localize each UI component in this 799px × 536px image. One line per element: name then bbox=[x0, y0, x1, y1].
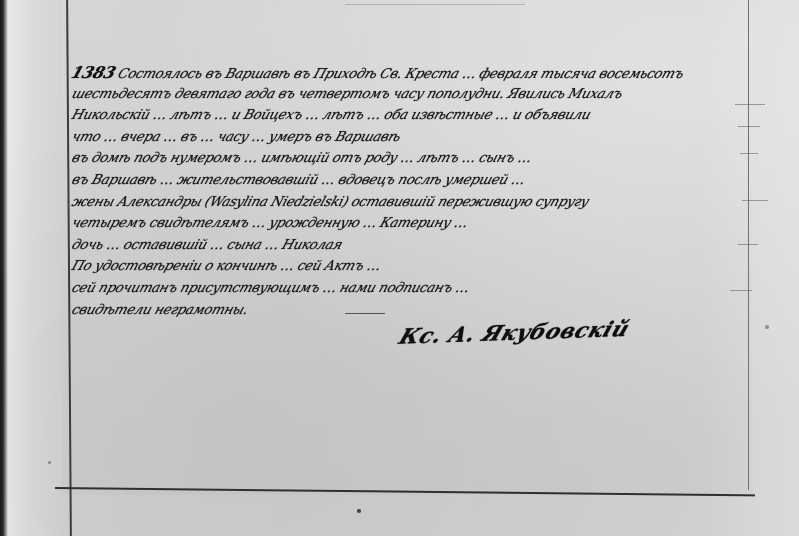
entry-line-text: сей прочитанъ присутствующимъ … нами под… bbox=[70, 280, 472, 296]
entry-line-8: четыремъ свидѣтелямъ … урожденную … Кате… bbox=[68, 213, 751, 235]
record-number: 1383 bbox=[69, 63, 118, 82]
entry-line-text: По удостовѣреніи о кончинѣ … сей Актъ … bbox=[70, 258, 383, 274]
scan-speck bbox=[357, 509, 361, 513]
entry-line-text: шестьдесятъ девятаго года въ четвертомъ … bbox=[70, 86, 625, 102]
entry-line-7: жены Александры (Wasylina Niedzielski) о… bbox=[68, 192, 751, 214]
entry-line-5: въ домѣ подъ нумеромъ … имѣющій отъ роду… bbox=[68, 148, 751, 170]
register-entry-text: 1383 Состоялось въ Варшавѣ въ Приходѣ Св… bbox=[72, 62, 748, 321]
faint-top-rule bbox=[345, 4, 525, 5]
entry-line-10: По удостовѣреніи о кончинѣ … сей Актъ … bbox=[68, 256, 751, 278]
entry-line-3: Никольскій … лѣтъ … и Войцехъ … лѣтъ … о… bbox=[68, 105, 751, 127]
entry-line-text: свидѣтели неграмотны. bbox=[70, 302, 250, 318]
entry-line-2: шестьдесятъ девятаго года въ четвертомъ … bbox=[68, 84, 751, 106]
entry-line-1: 1383 Состоялось въ Варшавѣ въ Приходѣ Св… bbox=[68, 62, 751, 84]
entry-line-6: въ Варшавѣ … жительствовавшій … вдовецъ … bbox=[68, 170, 751, 192]
entry-line-4: что … вчера … въ … часу … умеръ въ Варша… bbox=[68, 127, 751, 149]
scan-speck bbox=[48, 461, 51, 464]
entry-line-text: жены Александры (Wasylina Niedzielski) о… bbox=[70, 194, 591, 210]
line-end-dash bbox=[345, 313, 385, 314]
entry-line-text: четыремъ свидѣтелямъ … урожденную … Кате… bbox=[70, 215, 470, 231]
line-end-flourish bbox=[738, 244, 758, 245]
entry-line-text: Состоялось въ Варшавѣ въ Приходѣ Св. Кре… bbox=[116, 66, 686, 82]
line-end-flourish bbox=[738, 126, 760, 127]
line-end-flourish bbox=[730, 290, 752, 291]
scan-speck bbox=[765, 325, 769, 329]
entry-line-text: въ домѣ подъ нумеромъ … имѣющій отъ роду… bbox=[70, 150, 534, 166]
entry-line-11: сей прочитанъ присутствующимъ … нами под… bbox=[68, 278, 751, 300]
entry-line-text: въ Варшавѣ … жительствовавшій … вдовецъ … bbox=[70, 172, 528, 188]
entry-line-text: дочь … оставившій … сына … Николая bbox=[70, 237, 345, 253]
line-end-flourish bbox=[742, 200, 768, 201]
entry-line-9: дочь … оставившій … сына … Николая bbox=[68, 235, 751, 257]
entry-line-text: Никольскій … лѣтъ … и Войцехъ … лѣтъ … о… bbox=[70, 107, 593, 123]
line-end-flourish bbox=[740, 153, 758, 154]
entry-line-text: что … вчера … въ … часу … умеръ въ Варша… bbox=[70, 129, 403, 145]
line-end-flourish bbox=[735, 104, 765, 105]
